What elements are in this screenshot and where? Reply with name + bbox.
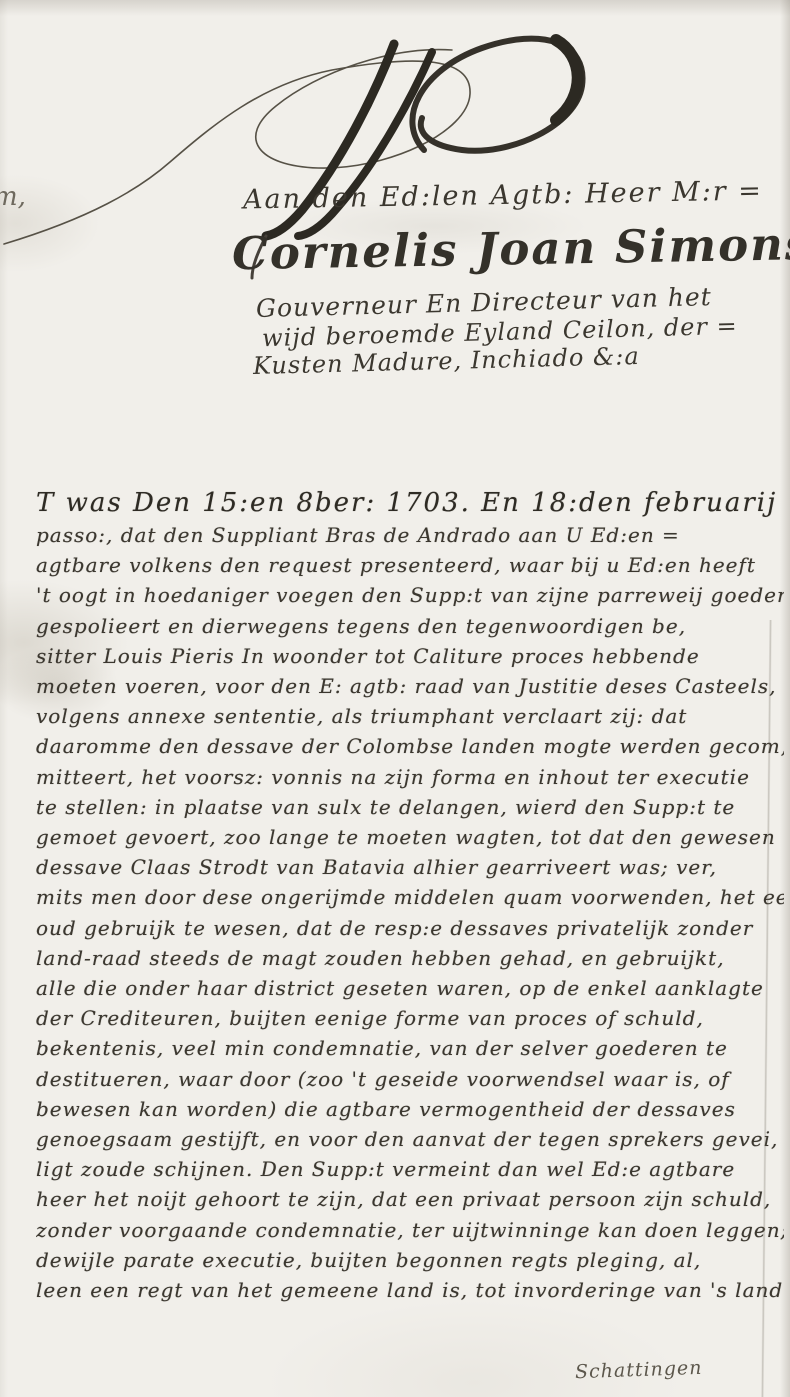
manuscript-line: volgens annexe sententie, als triumphant… (36, 701, 784, 731)
manuscript-line: heer het noijt gehoort te zijn, dat een … (36, 1184, 784, 1214)
manuscript-line: daaromme den dessave der Colombse landen… (36, 731, 784, 761)
manuscript-line: der Crediteuren, buijten eenige forme va… (36, 1003, 784, 1033)
manuscript-body: T was Den 15:en 8ber: 1703. En 18:den fe… (36, 486, 784, 1305)
manuscript-line: dessave Claas Strodt van Batavia alhier … (36, 852, 784, 882)
manuscript-line: sitter Louis Pieris In woonder tot Calit… (36, 641, 784, 671)
manuscript-line: zonder voorgaande condemnatie, ter uijtw… (36, 1215, 784, 1245)
manuscript-line: destitueren, waar door (zoo 't geseide v… (36, 1064, 784, 1094)
flourish-thin-loop (4, 50, 470, 244)
addressee-name: Cornelis Joan Simons. (232, 217, 790, 280)
manuscript-line: gespolieert en dierwegens tegens den teg… (36, 611, 784, 641)
manuscript-line: leen een regt van het gemeene land is, t… (36, 1275, 784, 1305)
flourish-right-accent (556, 40, 578, 120)
manuscript-line: gemoet gevoert, zoo lange te moeten wagt… (36, 822, 784, 852)
manuscript-line: passo:, dat den Suppliant Bras de Andrad… (36, 520, 784, 550)
manuscript-line: dewijle parate executie, buijten begonne… (36, 1245, 784, 1275)
manuscript-line: mitteert, het voorsz: vonnis na zijn for… (36, 762, 784, 792)
manuscript-line: land-raad steeds de magt zouden hebben g… (36, 943, 784, 973)
manuscript-line: bewesen kan worden) die agtbare vermogen… (36, 1094, 784, 1124)
manuscript-line: oud gebruijk te wesen, dat de resp:e des… (36, 913, 784, 943)
manuscript-line: moeten voeren, voor den E: agtb: raad va… (36, 671, 784, 701)
manuscript-page: m, Aan den Ed:len Agtb: Heer M:r = Corne… (0, 0, 790, 1397)
flourish-right-loop (412, 39, 582, 151)
manuscript-line: agtbare volkens den request presenteerd,… (36, 550, 784, 580)
margin-mark: m, (0, 182, 26, 212)
manuscript-line: ligt zoude schijnen. Den Supp:t vermeint… (36, 1154, 784, 1184)
manuscript-line: 't oogt in hoedaniger voegen den Supp:t … (36, 580, 784, 610)
manuscript-line: genoegsaam gestijft, en voor den aanvat … (36, 1124, 784, 1154)
manuscript-line: bekentenis, veel min condemnatie, van de… (36, 1033, 784, 1063)
manuscript-line: T was Den 15:en 8ber: 1703. En 18:den fe… (36, 486, 784, 520)
manuscript-line: alle die onder haar district geseten war… (36, 973, 784, 1003)
catchword: Schattingen (574, 1357, 702, 1383)
manuscript-line: mits men door dese ongerijmde middelen q… (36, 882, 784, 912)
manuscript-line: te stellen: in plaatse van sulx te delan… (36, 792, 784, 822)
